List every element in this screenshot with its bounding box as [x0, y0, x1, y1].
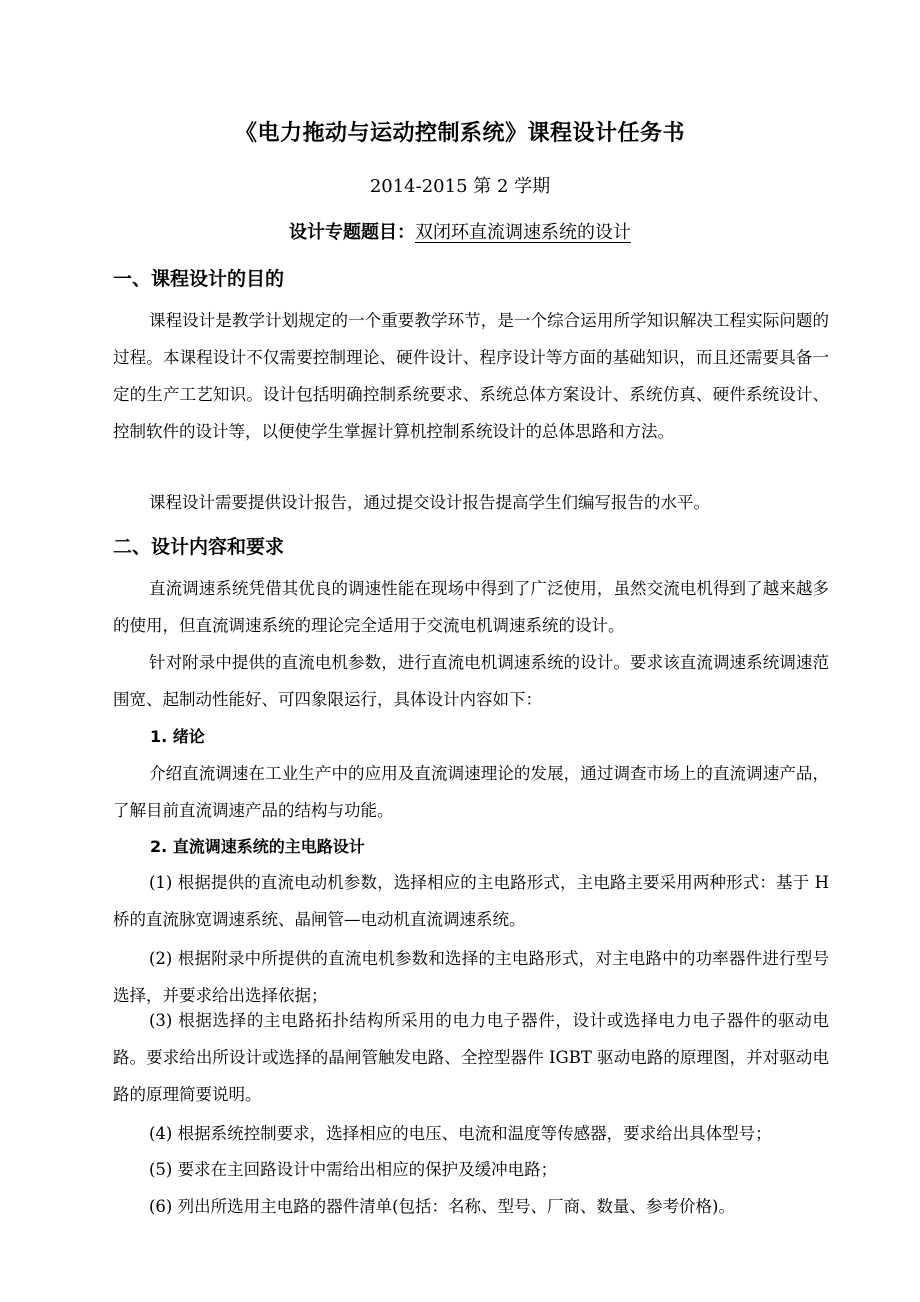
- section-heading-purpose: 一、课程设计的目的: [113, 264, 284, 291]
- subsection-heading-intro: 1. 绪论: [150, 724, 205, 747]
- semester-label: 2014-2015 第 2 学期: [0, 172, 920, 198]
- main-circuit-item-6: (6) 列出所选用主电路的器件清单(包括：名称、型号、厂商、数量、参考价格)。: [113, 1188, 829, 1225]
- topic-label: 设计专题题目：: [289, 222, 415, 243]
- intro-paragraph: 介绍直流调速在工业生产中的应用及直流调速理论的发展，通过调查市场上的直流调速产品…: [113, 755, 829, 829]
- topic-value: 双闭环直流调速系统的设计: [415, 222, 631, 243]
- content-paragraph-2: 针对附录中提供的直流电机参数，进行直流电机调速系统的设计。要求该直流调速系统调速…: [113, 644, 829, 718]
- design-topic: 设计专题题目：双闭环直流调速系统的设计: [0, 218, 920, 244]
- main-circuit-item-5: (5) 要求在主回路设计中需给出相应的保护及缓冲电路；: [113, 1151, 829, 1188]
- content-paragraph-1: 直流调速系统凭借其优良的调速性能在现场中得到了广泛使用，虽然交流电机得到了越来越…: [113, 570, 829, 644]
- subsection-heading-main-circuit: 2. 直流调速系统的主电路设计: [150, 834, 365, 857]
- section-heading-content: 二、设计内容和要求: [113, 532, 284, 559]
- document-title: 《电力拖动与运动控制系统》课程设计任务书: [0, 116, 920, 147]
- purpose-paragraph-2: 课程设计需要提供设计报告，通过提交设计报告提高学生们编写报告的水平。: [113, 484, 829, 521]
- main-circuit-item-1: (1) 根据提供的直流电动机参数，选择相应的主电路形式，主电路主要采用两种形式：…: [113, 864, 829, 938]
- purpose-paragraph-1: 课程设计是教学计划规定的一个重要教学环节，是一个综合运用所学知识解决工程实际问题…: [113, 302, 829, 450]
- document-page: 《电力拖动与运动控制系统》课程设计任务书 2014-2015 第 2 学期 设计…: [0, 0, 920, 1302]
- main-circuit-item-3: (3) 根据选择的主电路拓扑结构所采用的电力电子器件，设计或选择电力电子器件的驱…: [113, 1002, 829, 1113]
- main-circuit-item-4: (4) 根据系统控制要求，选择相应的电压、电流和温度等传感器，要求给出具体型号；: [113, 1115, 829, 1152]
